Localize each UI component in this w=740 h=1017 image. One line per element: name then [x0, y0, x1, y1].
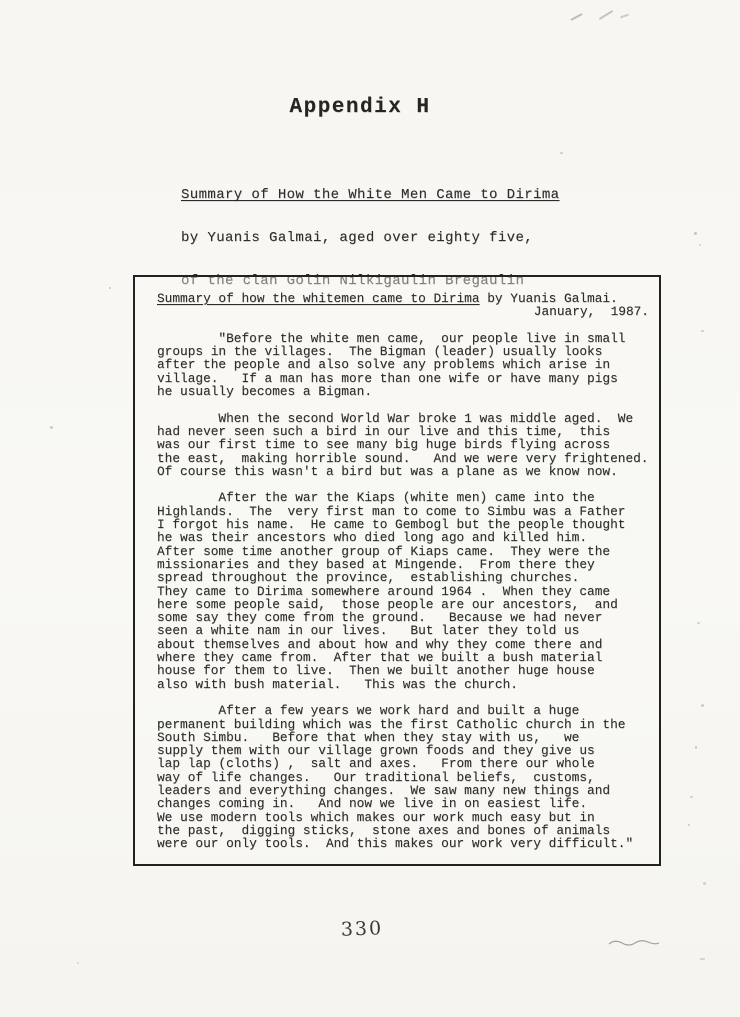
speck-icon	[697, 622, 700, 624]
speck-icon	[699, 244, 701, 246]
appendix-title: Appendix H	[0, 96, 720, 119]
speck-icon	[688, 824, 690, 826]
speck-icon	[560, 152, 563, 154]
box-title-line: Summary of how the whitemen came to Diri…	[157, 292, 653, 305]
pencil-mark-icon	[620, 14, 629, 19]
speck-icon	[695, 746, 697, 749]
paragraph-4: After a few years we work hard and built…	[157, 704, 653, 850]
speck-icon	[701, 330, 704, 332]
paragraph-1: "Before the white men came, our people l…	[157, 332, 653, 398]
box-date: January, 1987.	[157, 305, 653, 318]
pencil-mark-icon	[570, 13, 582, 21]
speck-icon	[77, 962, 79, 964]
box-title-underlined: Summary of how the whitemen came to Diri…	[157, 291, 480, 306]
paragraph-2: When the second World War broke 1 was mi…	[157, 412, 653, 478]
paragraph-3: After the war the Kiaps (white men) came…	[157, 491, 653, 690]
speck-icon	[703, 882, 706, 885]
scanned-page: Appendix H Summary of How the White Men …	[0, 0, 740, 1017]
speck-icon	[700, 958, 705, 960]
speck-icon	[50, 426, 53, 429]
pencil-squiggle-icon	[608, 938, 660, 948]
speck-icon	[690, 796, 693, 798]
boxed-transcription: Summary of how the whitemen came to Diri…	[133, 275, 661, 866]
speck-icon	[109, 287, 111, 289]
heading-byline: by Yuanis Galmai, aged over eighty five,	[181, 231, 559, 245]
speck-icon	[694, 232, 697, 235]
speck-icon	[701, 704, 704, 707]
heading-title: Summary of How the White Men Came to Dir…	[181, 188, 559, 202]
pencil-mark-icon	[599, 10, 614, 20]
